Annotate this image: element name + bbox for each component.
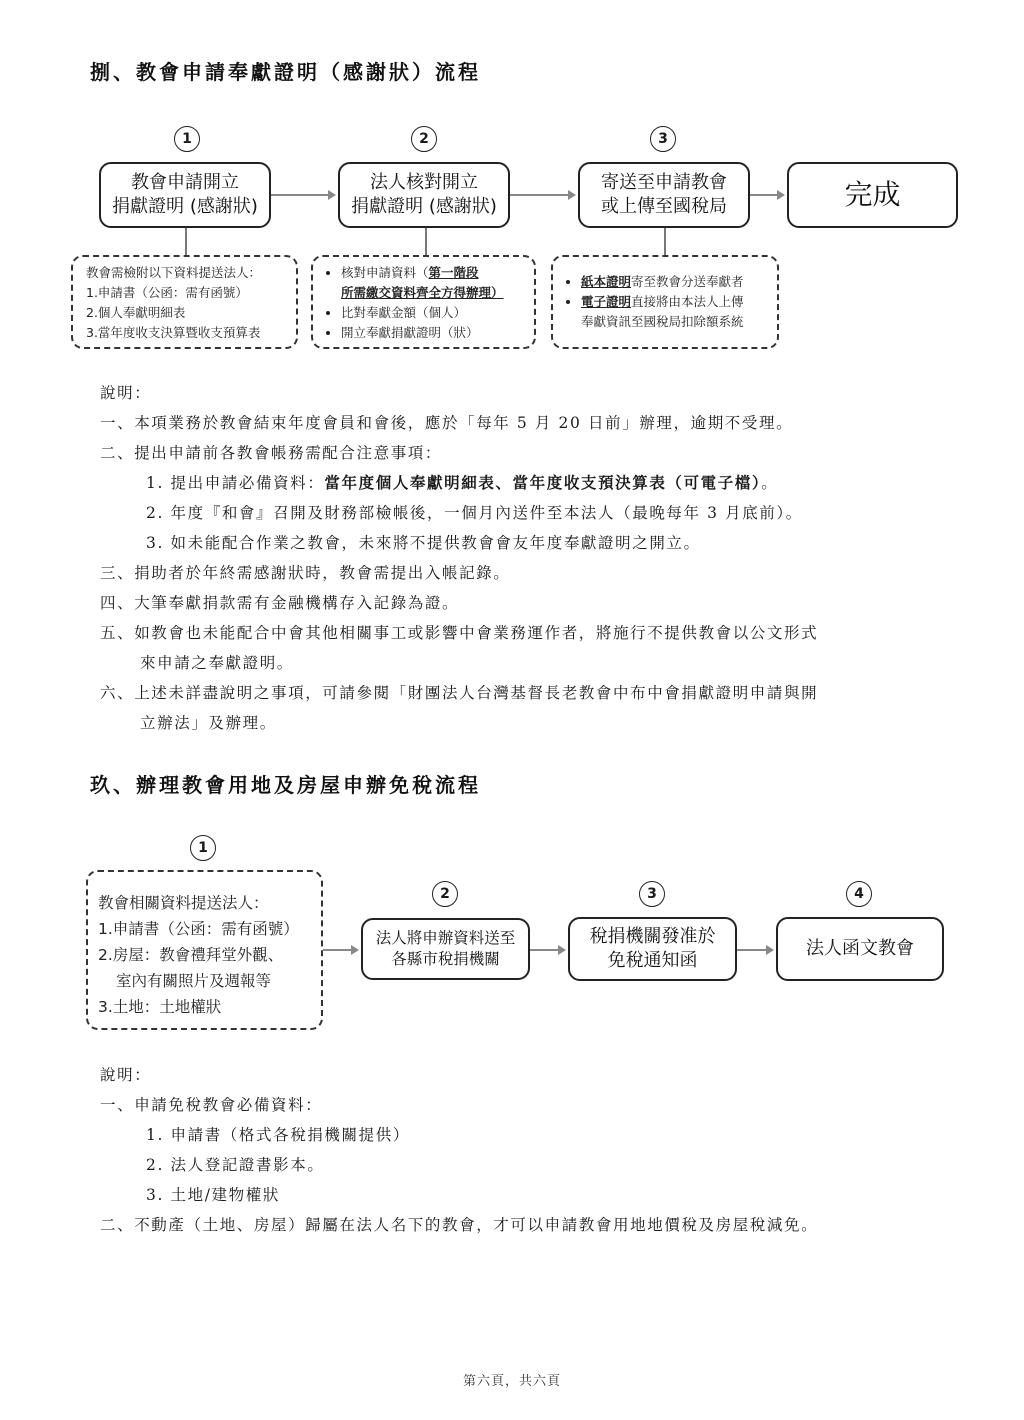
step-line: 法人將申辦資料送至: [376, 928, 516, 949]
note-5-cont: 來申請之奉獻證明。: [100, 648, 980, 678]
step-line: 寄送至申請教會: [601, 171, 727, 195]
detail-line: 教會相關資料提送法人：: [98, 890, 321, 916]
note-3: 三、捐助者於年終需感謝狀時，教會需提出入帳記錄。: [100, 558, 980, 588]
arrow-right-icon: [750, 194, 783, 196]
note-6: 六、上述未詳盡說明之事項，可請參閱「財團法人台灣基督長老教會中布中會捐獻證明申請…: [100, 678, 980, 708]
detail-line: 2.房屋：教會禮拜堂外觀、: [98, 942, 321, 968]
note-1: 一、本項業務於教會結束年度會員和會後，應於「每年 5 月 20 日前」辦理，逾期…: [100, 408, 980, 438]
detail-line: 1.申請書（公函：需有函號）: [86, 283, 296, 303]
detail-line: 1.申請書（公函：需有函號）: [98, 916, 321, 942]
flow-step-send-tax-office: 法人將申辦資料送至 各縣市稅捐機關: [361, 918, 530, 980]
detail-line: 2.個人奉獻明細表: [86, 303, 296, 323]
arrow-right-icon: [530, 949, 564, 951]
step-line: 完成: [844, 176, 900, 214]
step-number-1: 1: [174, 126, 200, 152]
bullet-item: 核對申請資料（第一階段所需繳交資料齊全方得辦理）: [341, 263, 534, 303]
note-2-1: 1. 提出申請必備資料：當年度個人奉獻明細表、當年度收支預決算表（可電子檔）。: [100, 468, 980, 498]
detail-line: 室內有關照片及週報等: [98, 968, 321, 994]
step-number-3: 3: [639, 881, 665, 907]
step-line: 免稅通知函: [608, 949, 698, 973]
step-number-4: 4: [846, 881, 872, 907]
note-5: 五、如教會也未能配合中會其他相關事工或影響中會業務運作者，將施行不提供教會以公文…: [100, 618, 980, 648]
section-9-title: 玖、辦理教會用地及房屋申辦免稅流程: [90, 769, 481, 798]
bullet-item: 開立奉獻捐獻證明（狀）: [341, 323, 534, 343]
detail-box-church-docs: 教會需檢附以下資料提送法人： 1.申請書（公函：需有函號） 2.個人奉獻明細表 …: [71, 255, 298, 349]
step-number-2: 2: [432, 881, 458, 907]
arrow-right-icon: [510, 194, 574, 196]
step-line: 教會申請開立: [131, 171, 239, 195]
connector-line: [185, 228, 187, 256]
notes-label: 說明：: [100, 1060, 980, 1090]
step-line: 法人函文教會: [806, 937, 914, 961]
page-footer: 第六頁，共六頁: [0, 1370, 1024, 1389]
step-line: 稅捐機關發准於: [590, 925, 716, 949]
bullet-item: 紙本證明寄至教會分送奉獻者: [581, 272, 777, 292]
detail-box-delivery: 紙本證明寄至教會分送奉獻者 電子證明直接將由本法人上傳奉獻資訊至國稅局扣除額系統: [551, 255, 779, 349]
step-number-2: 2: [411, 126, 437, 152]
detail-box-verify: 核對申請資料（第一階段所需繳交資料齊全方得辦理） 比對奉獻金額（個人） 開立奉獻…: [311, 255, 536, 349]
note-2: 二、提出申請前各教會帳務需配合注意事項：: [100, 438, 980, 468]
flow-step-notify-church: 法人函文教會: [776, 917, 944, 981]
note-2: 二、不動產（土地、房屋）歸屬在法人名下的教會，才可以申請教會用地地價稅及房屋稅減…: [100, 1210, 980, 1240]
section-8-notes: 說明： 一、本項業務於教會結束年度會員和會後，應於「每年 5 月 20 日前」辦…: [100, 378, 980, 738]
step-line: 捐獻證明 (感謝狀): [112, 195, 258, 219]
bullet-item: 比對奉獻金額（個人）: [341, 303, 534, 323]
connector-line: [664, 228, 666, 256]
step-line: 或上傳至國稅局: [601, 195, 727, 219]
notes-label: 說明：: [100, 378, 980, 408]
note-4: 四、大筆奉獻捐款需有金融機構存入記錄為證。: [100, 588, 980, 618]
section-8-title: 捌、教會申請奉獻證明（感謝狀）流程: [90, 56, 481, 85]
note-1-2: 2. 法人登記證書影本。: [100, 1150, 980, 1180]
detail-line: 3.土地：土地權狀: [98, 994, 321, 1020]
flow-step-send-upload: 寄送至申請教會 或上傳至國稅局: [578, 162, 750, 228]
flow-step-tax-exemption: 稅捐機關發准於 免稅通知函: [568, 917, 737, 981]
step-line: 法人核對開立: [370, 171, 478, 195]
note-6-cont: 立辦法」及辦理。: [100, 708, 980, 738]
arrow-right-icon: [271, 194, 334, 196]
connector-line: [425, 228, 427, 256]
step-number-3: 3: [650, 126, 676, 152]
detail-line: 教會需檢附以下資料提送法人：: [86, 263, 296, 283]
step-line: 各縣市稅捐機關: [391, 949, 500, 970]
step-number-1: 1: [190, 835, 216, 861]
note-2-3: 3. 如未能配合作業之教會，未來將不提供教會會友年度奉獻證明之開立。: [100, 528, 980, 558]
arrow-right-icon: [323, 949, 357, 951]
flow-step-verify-issue: 法人核對開立 捐獻證明 (感謝狀): [338, 162, 510, 228]
note-1: 一、申請免稅教會必備資料：: [100, 1090, 980, 1120]
note-1-3: 3. 土地/建物權狀: [100, 1180, 980, 1210]
detail-line: 3.當年度收支決算暨收支預算表: [86, 323, 296, 343]
bullet-item: 電子證明直接將由本法人上傳奉獻資訊至國稅局扣除額系統: [581, 292, 777, 332]
note-2-2: 2. 年度『和會』召開及財務部檢帳後，一個月內送件至本法人（最晚每年 3 月底前…: [100, 498, 980, 528]
flow-step-church-submit: 教會相關資料提送法人： 1.申請書（公函：需有函號） 2.房屋：教會禮拜堂外觀、…: [86, 870, 323, 1030]
note-1-1: 1. 申請書（格式各稅捐機關提供）: [100, 1120, 980, 1150]
section-9-notes: 說明： 一、申請免稅教會必備資料： 1. 申請書（格式各稅捐機關提供） 2. 法…: [100, 1060, 980, 1240]
step-line: 捐獻證明 (感謝狀): [351, 195, 497, 219]
arrow-right-icon: [737, 949, 772, 951]
flow-step-church-apply: 教會申請開立 捐獻證明 (感謝狀): [99, 162, 271, 228]
flow-step-complete: 完成: [787, 162, 958, 228]
